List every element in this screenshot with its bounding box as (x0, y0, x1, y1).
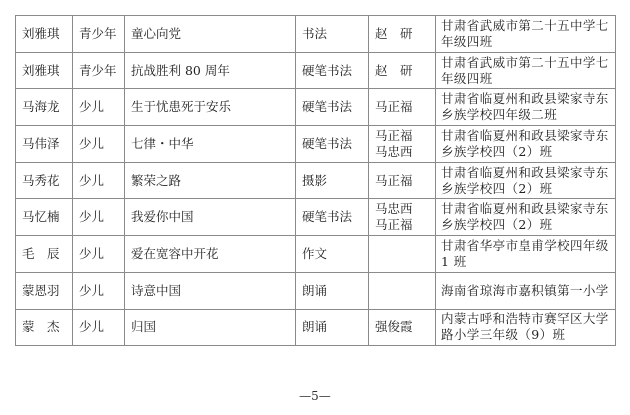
school: 甘肃省武威市第二十五中学七年级四班 (436, 52, 616, 89)
school: 甘肃省武威市第二十五中学七年级四班 (436, 16, 616, 53)
teacher (369, 272, 436, 309)
school: 海南省琼海市嘉积镇第一小学 (436, 272, 616, 309)
teacher: 马正福 (375, 128, 435, 144)
school: 甘肃省华亭市皇甫学校四年级 1 班 (436, 236, 616, 273)
school: 甘肃省临夏州和政县梁家寺东乡族学校四（2）班 (436, 126, 616, 163)
table-row: 马海龙 少儿 生于忧患死于安乐 硬笔书法 马正福 甘肃省临夏州和政县梁家寺东乡族… (16, 89, 616, 126)
age-group: 少儿 (73, 272, 125, 309)
work-title: 童心向党 (125, 16, 296, 53)
category: 朗诵 (296, 309, 369, 346)
school: 甘肃省临夏州和政县梁家寺东乡族学校四年级二班 (436, 89, 616, 126)
age-group: 青少年 (73, 16, 125, 53)
age-group: 少儿 (73, 199, 125, 236)
category: 摄影 (296, 162, 369, 199)
category: 作文 (296, 236, 369, 273)
category: 书法 (296, 16, 369, 53)
table-row: 马秀花 少儿 繁荣之路 摄影 马正福 甘肃省临夏州和政县梁家寺东乡族学校四（2）… (16, 162, 616, 199)
work-title: 爱在宽容中开花 (125, 236, 296, 273)
category: 硬笔书法 (296, 126, 369, 163)
teachers: 马忠西 马正福 (369, 199, 436, 236)
work-title: 诗意中国 (125, 272, 296, 309)
teacher: 马正福 (375, 217, 435, 233)
age-group: 少儿 (73, 236, 125, 273)
table-row: 马忆楠 少儿 我爱你中国 硬笔书法 马忠西 马正福 甘肃省临夏州和政县梁家寺东乡… (16, 199, 616, 236)
category: 硬笔书法 (296, 52, 369, 89)
school: 甘肃省临夏州和政县梁家寺东乡族学校四（2）班 (436, 199, 616, 236)
teacher: 马正福 (369, 89, 436, 126)
age-group: 少儿 (73, 89, 125, 126)
student-name: 马伟泽 (16, 126, 73, 163)
category: 硬笔书法 (296, 199, 369, 236)
table-row: 马伟泽 少儿 七律・中华 硬笔书法 马正福 马忠西 甘肃省临夏州和政县梁家寺东乡… (16, 126, 616, 163)
student-name: 刘雅琪 (16, 16, 73, 53)
work-title: 归国 (125, 309, 296, 346)
teacher: 赵 研 (369, 52, 436, 89)
teacher: 赵 研 (369, 16, 436, 53)
category: 朗诵 (296, 272, 369, 309)
award-roster-table: 刘雅琪 青少年 童心向党 书法 赵 研 甘肃省武威市第二十五中学七年级四班 刘雅… (15, 15, 616, 346)
work-title: 抗战胜利 80 周年 (125, 52, 296, 89)
teacher (369, 236, 436, 273)
table-row: 蒙 杰 少儿 归国 朗诵 强俊霞 内蒙古呼和浩特市赛罕区大学路小学三年级（9）班 (16, 309, 616, 346)
category: 硬笔书法 (296, 89, 369, 126)
school: 内蒙古呼和浩特市赛罕区大学路小学三年级（9）班 (436, 309, 616, 346)
teacher: 马忠西 (375, 144, 435, 160)
student-name: 马忆楠 (16, 199, 73, 236)
work-title: 生于忧患死于安乐 (125, 89, 296, 126)
work-title: 繁荣之路 (125, 162, 296, 199)
teacher: 马正福 (369, 162, 436, 199)
table-row: 刘雅琪 青少年 童心向党 书法 赵 研 甘肃省武威市第二十五中学七年级四班 (16, 16, 616, 53)
student-name: 马海龙 (16, 89, 73, 126)
table-row: 毛 辰 少儿 爱在宽容中开花 作文 甘肃省华亭市皇甫学校四年级 1 班 (16, 236, 616, 273)
school: 甘肃省临夏州和政县梁家寺东乡族学校四（2）班 (436, 162, 616, 199)
student-name: 蒙 杰 (16, 309, 73, 346)
table-row: 刘雅琪 青少年 抗战胜利 80 周年 硬笔书法 赵 研 甘肃省武威市第二十五中学… (16, 52, 616, 89)
student-name: 刘雅琪 (16, 52, 73, 89)
student-name: 毛 辰 (16, 236, 73, 273)
age-group: 少儿 (73, 162, 125, 199)
teachers: 马正福 马忠西 (369, 126, 436, 163)
student-name: 马秀花 (16, 162, 73, 199)
student-name: 蒙恩羽 (16, 272, 73, 309)
work-title: 七律・中华 (125, 126, 296, 163)
teacher: 强俊霞 (369, 309, 436, 346)
table-row: 蒙恩羽 少儿 诗意中国 朗诵 海南省琼海市嘉积镇第一小学 (16, 272, 616, 309)
age-group: 少儿 (73, 309, 125, 346)
age-group: 青少年 (73, 52, 125, 89)
page-number: —5— (0, 389, 630, 403)
age-group: 少儿 (73, 126, 125, 163)
teacher: 马忠西 (375, 201, 435, 217)
work-title: 我爱你中国 (125, 199, 296, 236)
